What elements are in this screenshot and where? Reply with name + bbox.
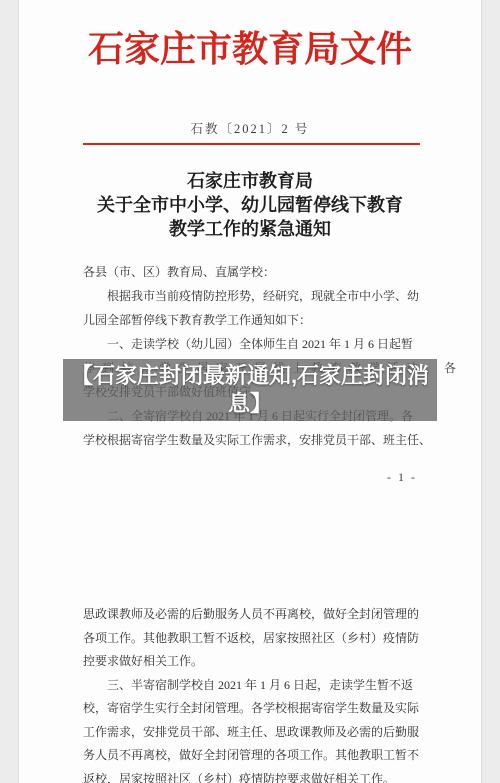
body-line: 务人员不再离校，做好全封闭管理的各项工作。其他教职工暂不 xyxy=(83,744,424,768)
body-line: 思政课教师及必需的后勤服务人员不再离校，做好全封闭管理的 xyxy=(83,603,424,627)
body-line: 返校，居家按照社区（乡村）疫情防控要求做好相关工作。 xyxy=(83,768,424,783)
body-line: 控要求做好相关工作。 xyxy=(83,650,424,674)
body-line: 学校根据寄宿学生数量及实际工作需求，安排党员干部、班主任、 xyxy=(83,428,424,452)
document-number: 石教〔2021〕2 号 xyxy=(19,119,481,137)
watermark-caption-line: 息】 xyxy=(63,390,437,418)
body-line: 各项工作。其他教职工暂不返校，居家按照社区（乡村）疫情防 xyxy=(83,627,424,651)
body-line: 校，寄宿学生实行全封闭管理。各学校根据寄宿学生数量及实际 xyxy=(83,697,424,721)
body-line: 一、走读学校（幼儿园）全体师生自 2021 年 1 月 6 日起暂 xyxy=(83,332,424,356)
body-line: 各县（市、区）教育局、直属学校： xyxy=(83,260,424,284)
page1-body-text: 各县（市、区）教育局、直属学校： 根据我市当前疫情防控形势，经研究，现就全市中小… xyxy=(83,260,424,452)
page-number: - 1 - xyxy=(387,470,417,485)
body-line: 儿园全部暂停线下教育教学工作通知如下： xyxy=(83,308,424,332)
body-line: 工作需求，安排党员干部、班主任、思政课教师及必需的后勤服 xyxy=(83,721,424,745)
watermark-caption-line: 【石家庄封闭最新通知,石家庄封闭消 xyxy=(63,362,437,390)
body-line: 根据我市当前疫情防控形势，经研究，现就全市中小学、幼 xyxy=(83,284,424,308)
body-line: 三、半寄宿制学校自 2021 年 1 月 6 日起，走读学生暂不返 xyxy=(83,674,424,698)
notice-title: 石家庄市教育局 关于全市中小学、幼儿园暂停线下教育 教学工作的紧急通知 xyxy=(19,169,481,241)
agency-letterhead-title: 石家庄市教育局文件 xyxy=(19,21,481,72)
notice-title-line: 教学工作的紧急通知 xyxy=(19,217,481,241)
letterhead-divider-rule xyxy=(83,143,420,145)
watermark-caption-overlay: 【石家庄封闭最新通知,石家庄封闭消 息】 xyxy=(63,359,437,421)
page2-body-text: 思政课教师及必需的后勤服务人员不再离校，做好全封闭管理的 各项工作。其他教职工暂… xyxy=(83,603,424,783)
notice-title-line: 石家庄市教育局 xyxy=(19,169,481,193)
document-viewer: 石家庄市教育局文件 石教〔2021〕2 号 石家庄市教育局 关于全市中小学、幼儿… xyxy=(0,0,500,783)
notice-title-line: 关于全市中小学、幼儿园暂停线下教育 xyxy=(19,193,481,217)
